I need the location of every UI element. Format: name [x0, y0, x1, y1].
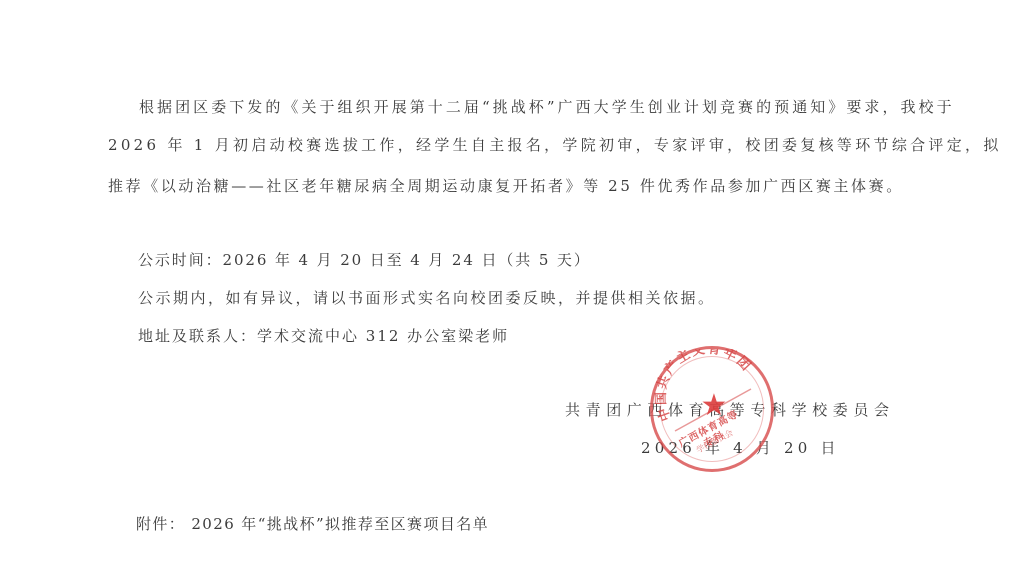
- attachment-note: 附件： 2026 年“挑战杯”拟推荐至区赛项目名单: [136, 514, 489, 534]
- notice-objection: 公示期内，如有异议，请以书面形式实名向校团委反映，并提供相关依据。: [138, 288, 716, 308]
- document-page: 根据团区委下发的《关于组织开展第十二届“挑战杯”广西大学生创业计划竞赛的预通知》…: [0, 0, 1024, 582]
- signature-organization: 共青团广西体育高等专科学校委员会: [565, 400, 895, 420]
- body-line-3: 推荐《以动治糖——社区老年糖尿病全周期运动康复开拓者》等 25 件优秀作品参加广…: [108, 176, 904, 196]
- body-line-2: 2026 年 1 月初启动校赛选拔工作，经学生自主报名，学院初审，专家评审，校团…: [108, 135, 1002, 155]
- notice-period: 公示时间：2026 年 4 月 20 日至 4 月 24 日（共 5 天）: [138, 250, 591, 270]
- signature-date: 2026 年 4 月 20 日: [641, 438, 840, 458]
- body-line-1: 根据团区委下发的《关于组织开展第十二届“挑战杯”广西大学生创业计划竞赛的预通知》…: [139, 97, 955, 117]
- notice-contact: 地址及联系人：学术交流中心 312 办公室梁老师: [138, 326, 509, 346]
